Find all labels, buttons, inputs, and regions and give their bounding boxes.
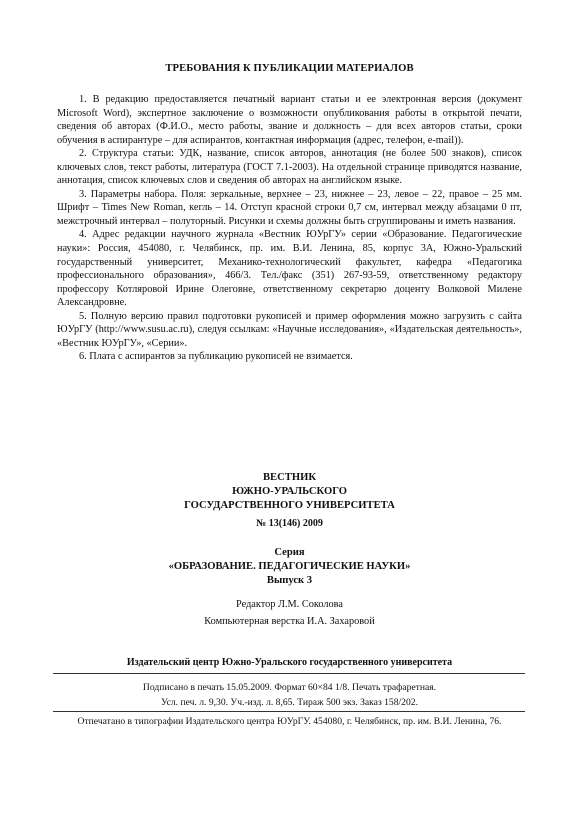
series-label: Серия (0, 546, 579, 560)
requirements-list: 1. В редакцию предоставляется печатный в… (57, 93, 522, 364)
requirements-title: ТРЕБОВАНИЯ К ПУБЛИКАЦИИ МАТЕРИАЛОВ (0, 63, 579, 74)
imprint-details: Подписано в печать 15.05.2009. Формат 60… (0, 681, 579, 710)
divider (53, 711, 525, 712)
issue-number: № 13(146) 2009 (0, 518, 579, 529)
masthead-line: ВЕСТНИК (0, 471, 579, 485)
divider (53, 673, 525, 674)
requirement-item: 6. Плата с аспирантов за публикацию руко… (57, 350, 522, 364)
publisher-name: Издательский центр Южно-Уральского госуд… (0, 657, 579, 668)
series-volume: Выпуск 3 (0, 574, 579, 588)
printed-at: Отпечатано в типографии Издательского це… (0, 716, 579, 727)
masthead-line: ЮЖНО-УРАЛЬСКОГО (0, 485, 579, 499)
journal-masthead: ВЕСТНИК ЮЖНО-УРАЛЬСКОГО ГОСУДАРСТВЕННОГО… (0, 471, 579, 513)
series-block: Серия «ОБРАЗОВАНИЕ. ПЕДАГОГИЧЕСКИЕ НАУКИ… (0, 546, 579, 588)
layout-credit: Компьютерная верстка И.А. Захаровой (0, 613, 579, 630)
requirement-item: 5. Полную версию правил подготовки рукоп… (57, 310, 522, 351)
requirement-item: 3. Параметры набора. Поля: зеркальные, в… (57, 188, 522, 229)
requirement-item: 4. Адрес редакции научного журнала «Вест… (57, 228, 522, 309)
requirement-item: 2. Структура статьи: УДК, название, спис… (57, 147, 522, 188)
document-page: ТРЕБОВАНИЯ К ПУБЛИКАЦИИ МАТЕРИАЛОВ 1. В … (0, 0, 579, 820)
editor-credit: Редактор Л.М. Соколова (0, 596, 579, 613)
masthead-line: ГОСУДАРСТВЕННОГО УНИВЕРСИТЕТА (0, 499, 579, 513)
credits-block: Редактор Л.М. Соколова Компьютерная верс… (0, 596, 579, 630)
series-name: «ОБРАЗОВАНИЕ. ПЕДАГОГИЧЕСКИЕ НАУКИ» (0, 560, 579, 574)
requirement-item: 1. В редакцию предоставляется печатный в… (57, 93, 522, 147)
signed-line: Подписано в печать 15.05.2009. Формат 60… (0, 681, 579, 696)
print-stats-line: Усл. печ. л. 9,30. Уч.-изд. л. 8,65. Тир… (0, 696, 579, 711)
